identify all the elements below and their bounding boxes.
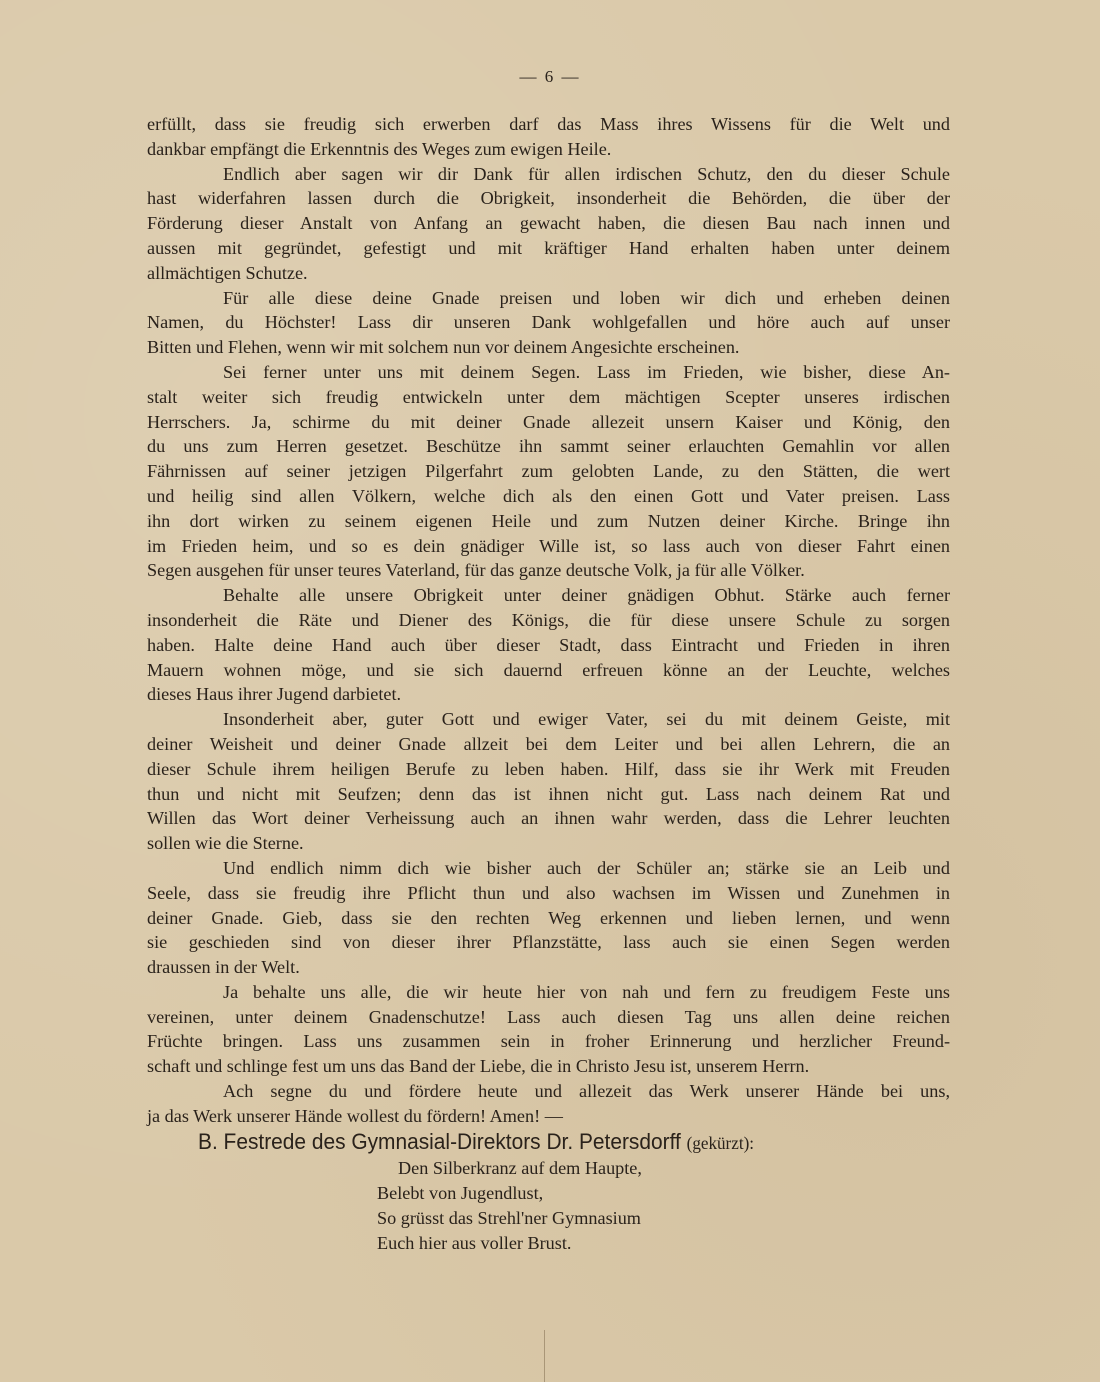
paragraph: Insonderheit aber, guter Gott und ewiger… — [147, 707, 950, 856]
text-line: Seele, dass sie freudig ihre Pflicht thu… — [147, 881, 950, 906]
text-line: dieser Schule ihrem heiligen Berufe zu l… — [147, 757, 950, 782]
text-line: und heilig sind allen Völkern, welche di… — [147, 484, 950, 509]
text-line: Sei ferner unter uns mit deinem Segen. L… — [147, 360, 950, 385]
text-line: ihn dort wirken zu seinem eigenen Heile … — [147, 509, 950, 534]
text-line: Ach segne du und fördere heute und allez… — [147, 1079, 950, 1104]
text-line: Insonderheit aber, guter Gott und ewiger… — [147, 707, 950, 732]
text-line: thun und nicht mit Seufzen; denn das ist… — [147, 782, 950, 807]
section-heading-title: B. Festrede des Gymnasial-Direktors Dr. … — [198, 1129, 681, 1154]
text-line: Ja behalte uns alle, die wir heute hier … — [147, 980, 950, 1005]
paragraph: Ja behalte uns alle, die wir heute hier … — [147, 980, 950, 1079]
text-line: deiner Weisheit und deiner Gnade allzeit… — [147, 732, 950, 757]
text-line: dankbar empfängt die Erkenntnis des Wege… — [147, 137, 950, 162]
text-line: stalt weiter sich freudig entwickeln unt… — [147, 385, 950, 410]
paragraph: erfüllt, dass sie freudig sich erwerben … — [147, 112, 950, 162]
text-line: vereinen, unter deinem Gnadenschutze! La… — [147, 1005, 950, 1030]
page-number: — 6 — — [0, 67, 1100, 87]
text-line: Mauern wohnen möge, und sie sich dauernd… — [147, 658, 950, 683]
text-line: Fährnissen auf seiner jetzigen Pilgerfah… — [147, 459, 950, 484]
text-line: Endlich aber sagen wir dir Dank für alle… — [147, 162, 950, 187]
text-line: Förderung dieser Anstalt von Anfang an g… — [147, 211, 950, 236]
poem-line: Den Silberkranz auf dem Haupte, — [377, 1156, 642, 1181]
text-line: sie geschieden sind von dieser ihrer Pfl… — [147, 930, 950, 955]
paragraph: Endlich aber sagen wir dir Dank für alle… — [147, 162, 950, 286]
text-line: du uns zum Herren gesetzet. Beschütze ih… — [147, 434, 950, 459]
text-line: Und endlich nimm dich wie bisher auch de… — [147, 856, 950, 881]
text-line: Namen, du Höchster! Lass dir unseren Dan… — [147, 310, 950, 335]
text-line: Herrschers. Ja, schirme du mit deiner Gn… — [147, 410, 950, 435]
paragraph: Ach segne du und fördere heute und allez… — [147, 1079, 950, 1129]
paragraph: Sei ferner unter uns mit deinem Segen. L… — [147, 360, 950, 583]
text-line: haben. Halte deine Hand auch über dieser… — [147, 633, 950, 658]
text-line: Bitten und Flehen, wenn wir mit solchem … — [147, 335, 950, 360]
text-line: Segen ausgehen für unser teures Vaterlan… — [147, 558, 950, 583]
text-line: im Frieden heim, und so es dein gnädiger… — [147, 534, 950, 559]
text-line: allmächtigen Schutze. — [147, 261, 950, 286]
text-line: hast widerfahren lassen durch die Obrigk… — [147, 186, 950, 211]
text-line: deiner Gnade. Gieb, dass sie den rechten… — [147, 906, 950, 931]
paragraph: Und endlich nimm dich wie bisher auch de… — [147, 856, 950, 980]
text-line: sollen wie die Sterne. — [147, 831, 950, 856]
text-line: ja das Werk unserer Hände wollest du för… — [147, 1104, 950, 1129]
text-line: insonderheit die Räte und Diener des Kön… — [147, 608, 950, 633]
paragraph: Für alle diese deine Gnade preisen und l… — [147, 286, 950, 360]
poem-line: Belebt von Jugendlust, — [377, 1181, 642, 1206]
text-line: Früchte bringen. Lass uns zusammen sein … — [147, 1029, 950, 1054]
text-line: draussen in der Welt. — [147, 955, 950, 980]
text-line: aussen mit gegründet, gefestigt und mit … — [147, 236, 950, 261]
text-line: dieses Haus ihrer Jugend darbietet. — [147, 682, 950, 707]
text-line: Willen das Wort deiner Verheissung auch … — [147, 806, 950, 831]
text-line: Behalte alle unsere Obrigkeit unter dein… — [147, 583, 950, 608]
text-line: Für alle diese deine Gnade preisen und l… — [147, 286, 950, 311]
paper-fold-mark — [544, 1330, 545, 1382]
poem-line: So grüsst das Strehl'ner Gymnasium — [377, 1206, 642, 1231]
body-text: erfüllt, dass sie freudig sich erwerben … — [147, 112, 950, 1129]
section-heading-note: (gekürzt): — [687, 1133, 754, 1153]
poem-line: Euch hier aus voller Brust. — [377, 1231, 642, 1256]
poem: Den Silberkranz auf dem Haupte, Belebt v… — [377, 1156, 642, 1256]
paragraph: Behalte alle unsere Obrigkeit unter dein… — [147, 583, 950, 707]
text-line: erfüllt, dass sie freudig sich erwerben … — [147, 112, 950, 137]
section-heading: B. Festrede des Gymnasial-Direktors Dr. … — [198, 1128, 754, 1157]
text-line: schaft und schlinge fest um uns das Band… — [147, 1054, 950, 1079]
